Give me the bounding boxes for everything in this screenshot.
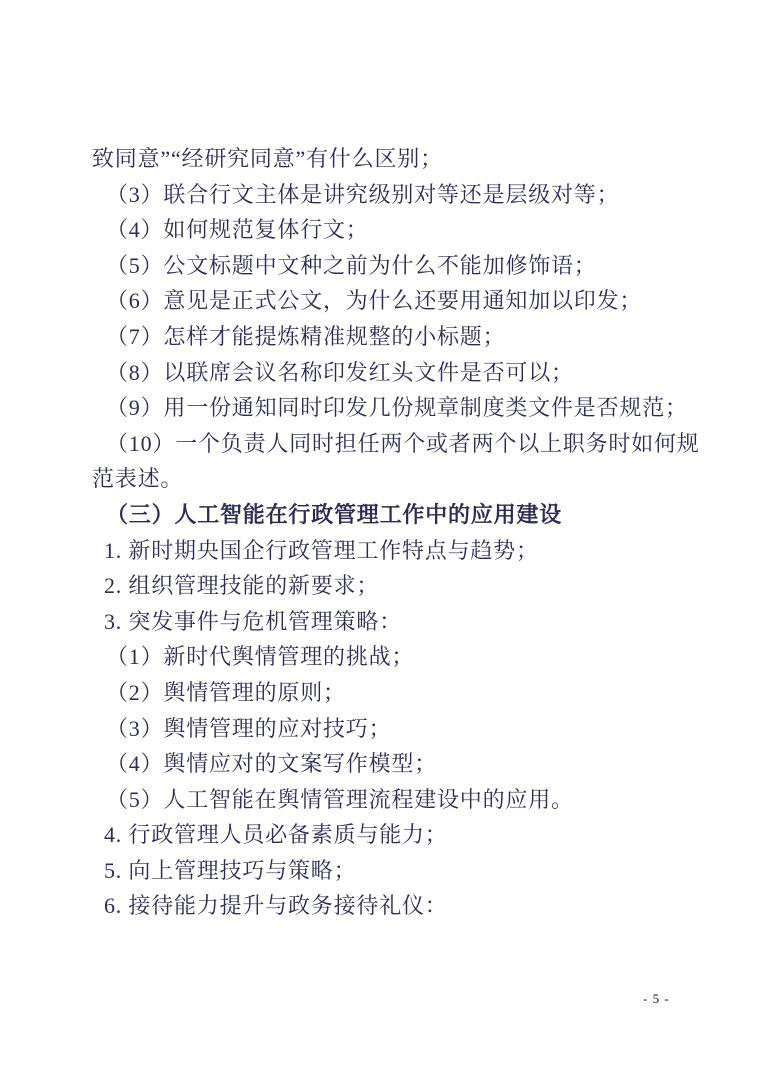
document-line: （4）如何规范复体行文； xyxy=(92,212,677,248)
document-line: 3. 突发事件与危机管理策略： xyxy=(92,604,677,640)
document-line: 5. 向上管理技巧与策略； xyxy=(92,853,677,889)
document-line: （2）舆情管理的原则； xyxy=(92,675,677,711)
document-line: （4）舆情应对的文案写作模型； xyxy=(92,746,677,782)
document-line: （9）用一份通知同时印发几份规章制度类文件是否规范； xyxy=(92,390,677,426)
document-line: （1）新时代舆情管理的挑战； xyxy=(92,639,677,675)
document-line: （5）人工智能在舆情管理流程建设中的应用。 xyxy=(92,782,677,818)
section-heading: （三）人工智能在行政管理工作中的应用建设 xyxy=(92,497,677,533)
document-line: （5）公文标题中文种之前为什么不能加修饰语； xyxy=(92,248,677,284)
document-line: （6）意见是正式公文，为什么还要用通知加以印发； xyxy=(92,283,677,319)
document-line: （3）舆情管理的应对技巧； xyxy=(92,711,677,747)
page-number: - 5 - xyxy=(643,992,670,1006)
document-line: （3）联合行文主体是讲究级别对等还是层级对等； xyxy=(92,177,677,213)
document-line: 4. 行政管理人员必备素质与能力； xyxy=(92,817,677,853)
document-line: 6. 接待能力提升与政务接待礼仪： xyxy=(92,888,677,924)
document-line: （10）一个负责人同时担任两个或者两个以上职务时如何规 xyxy=(92,426,677,462)
document-line: 范表述。 xyxy=(92,461,677,497)
document-line: 致同意”“经研究同意”有什么区别； xyxy=(92,141,677,177)
document-line: 1. 新时期央国企行政管理工作特点与趋势； xyxy=(92,533,677,569)
document-line: （7）怎样才能提炼精准规整的小标题； xyxy=(92,319,677,355)
document-line: （8）以联席会议名称印发红头文件是否可以； xyxy=(92,355,677,391)
document-body: 致同意”“经研究同意”有什么区别； （3）联合行文主体是讲究级别对等还是层级对等… xyxy=(92,141,677,924)
document-line: 2. 组织管理技能的新要求； xyxy=(92,568,677,604)
document-page: 致同意”“经研究同意”有什么区别； （3）联合行文主体是讲究级别对等还是层级对等… xyxy=(0,0,760,1074)
